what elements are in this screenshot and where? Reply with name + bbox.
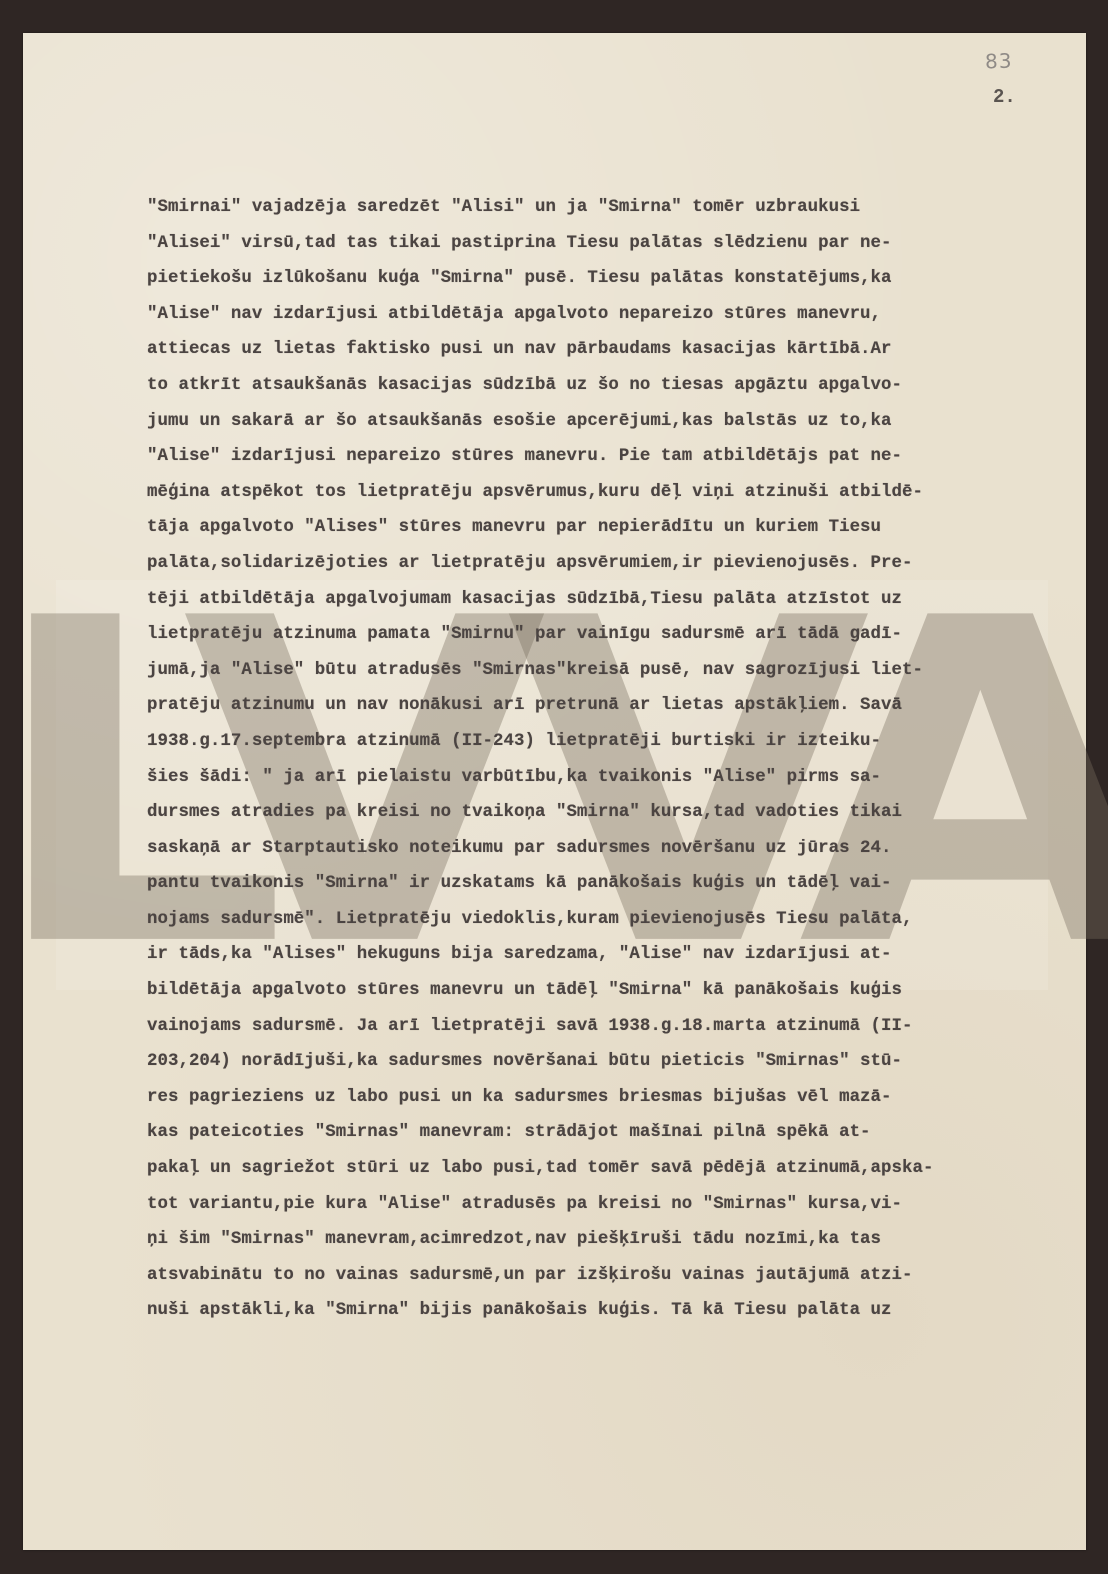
text-line: "Alise" nav izdarījusi atbildētāja apgal… bbox=[147, 297, 1027, 333]
text-line: jumā,ja "Alise" būtu atradusēs "Smirnas"… bbox=[147, 653, 1027, 689]
archive-folio-number: 83 bbox=[985, 49, 1013, 74]
text-line: pratēju atzinumu un nav nonākusi arī pre… bbox=[147, 688, 1027, 724]
text-line: saskaņā ar Starptautisko noteikumu par s… bbox=[147, 831, 1027, 867]
text-line: nojams sadursmē". Lietpratēju viedoklis,… bbox=[147, 902, 1027, 938]
text-line: attiecas uz lietas faktisko pusi un nav … bbox=[147, 332, 1027, 368]
text-line: "Smirnai" vajadzēja saredzēt "Alisi" un … bbox=[147, 190, 1027, 226]
text-line: palāta,solidarizējoties ar lietpratēju a… bbox=[147, 546, 1027, 582]
text-line: ņi šim "Smirnas" manevram,acimredzot,nav… bbox=[147, 1222, 1027, 1258]
text-line: atsvabinātu to no vainas sadursmē,un par… bbox=[147, 1258, 1027, 1294]
text-line: lietpratēju atzinuma pamata "Smirnu" par… bbox=[147, 617, 1027, 653]
text-line: tot variantu,pie kura "Alise" atradusēs … bbox=[147, 1187, 1027, 1223]
text-line: to atkrīt atsaukšanās kasacijas sūdzībā … bbox=[147, 368, 1027, 404]
text-line: "Alisei" virsū,tad tas tikai pastiprina … bbox=[147, 226, 1027, 262]
text-line: šies šādi: " ja arī pielaistu varbūtību,… bbox=[147, 760, 1027, 796]
text-line: kas pateicoties "Smirnas" manevram: strā… bbox=[147, 1115, 1027, 1151]
typed-body-text: "Smirnai" vajadzēja saredzēt "Alisi" un … bbox=[147, 190, 1027, 1329]
text-line: tēji atbildētāja apgalvojumam kasacijas … bbox=[147, 582, 1027, 618]
text-line: "Alise" izdarījusi nepareizo stūres mane… bbox=[147, 439, 1027, 475]
text-line: nuši apstākli,ka "Smirna" bijis panākoša… bbox=[147, 1293, 1027, 1329]
text-line: pietiekošu izlūkošanu kuģa "Smirna" pusē… bbox=[147, 261, 1027, 297]
text-line: res pagrieziens uz labo pusi un ka sadur… bbox=[147, 1080, 1027, 1116]
text-line: pakaļ un sagriežot stūri uz labo pusi,ta… bbox=[147, 1151, 1027, 1187]
text-line: pantu tvaikonis "Smirna" ir uzskatams kā… bbox=[147, 866, 1027, 902]
text-line: jumu un sakarā ar šo atsaukšanās esošie … bbox=[147, 404, 1027, 440]
text-line: 1938.g.17.septembra atzinumā (II-243) li… bbox=[147, 724, 1027, 760]
page-number: 2. bbox=[993, 86, 1016, 108]
text-line: dursmes atradies pa kreisi no tvaikoņa "… bbox=[147, 795, 1027, 831]
text-line: mēģina atspēkot tos lietpratēju apsvērum… bbox=[147, 475, 1027, 511]
text-line: tāja apgalvoto "Alises" stūres manevru p… bbox=[147, 510, 1027, 546]
text-line: 203,204) norādījuši,ka sadursmes novērša… bbox=[147, 1044, 1027, 1080]
text-line: ir tāds,ka "Alises" hekuguns bija saredz… bbox=[147, 937, 1027, 973]
text-line: vainojams sadursmē. Ja arī lietpratēji s… bbox=[147, 1009, 1027, 1045]
text-line: bildētāja apgalvoto stūres manevru un tā… bbox=[147, 973, 1027, 1009]
